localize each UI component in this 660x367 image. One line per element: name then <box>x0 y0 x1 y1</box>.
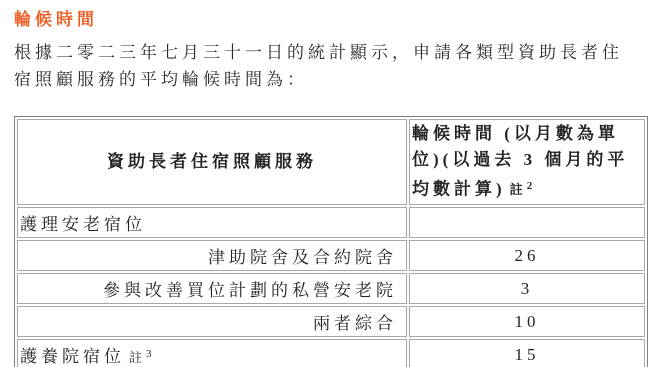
row-value <box>409 207 645 238</box>
row-label: 護理安老宿位 <box>17 207 407 238</box>
row-value: 15 <box>409 339 645 367</box>
footnote-ref <box>150 218 153 233</box>
footnote-ref <box>401 317 404 332</box>
row-label: 護養院宿位註3 <box>17 339 407 367</box>
table-row-subvented-contract-homes: 津助院舍及合約院舍 26 <box>17 240 645 271</box>
table-row-nursing-home-places: 護理安老宿位 <box>17 207 645 238</box>
table-row-private-homes-ebps: 參與改善買位計劃的私營安老院 3 <box>17 273 645 304</box>
column-header-waiting-time: 輪候時間 (以月數為單位)(以過去 3 個月的平均數計算)註2 <box>409 119 645 205</box>
waiting-time-table: 資助長者住宿照顧服務 輪候時間 (以月數為單位)(以過去 3 個月的平均數計算)… <box>14 116 648 367</box>
document-page: 輪候時間 根據二零二三年七月三十一日的統計顯示，申請各類型資助長者住宿照顧服務的… <box>0 0 660 367</box>
row-label: 參與改善買位計劃的私營安老院 <box>17 273 407 304</box>
row-label: 津助院舍及合約院舍 <box>17 240 407 271</box>
column-header-service: 資助長者住宿照顧服務 <box>17 119 407 205</box>
footnote-ref <box>401 284 404 299</box>
footnote-ref-2: 註2 <box>510 182 534 197</box>
table-row-combined: 兩者綜合 10 <box>17 306 645 337</box>
row-value: 10 <box>409 306 645 337</box>
footnote-ref <box>401 251 404 266</box>
table-row-care-and-attention-places: 護養院宿位註3 15 <box>17 339 645 367</box>
footnote-ref-3: 註3 <box>129 350 153 365</box>
table-header-row: 資助長者住宿照顧服務 輪候時間 (以月數為單位)(以過去 3 個月的平均數計算)… <box>17 119 645 205</box>
row-value: 26 <box>409 240 645 271</box>
intro-paragraph: 根據二零二三年七月三十一日的統計顯示，申請各類型資助長者住宿照顧服務的平均輪候時… <box>14 39 626 93</box>
row-label: 兩者綜合 <box>17 306 407 337</box>
row-value: 3 <box>409 273 645 304</box>
page-title: 輪候時間 <box>14 5 648 30</box>
